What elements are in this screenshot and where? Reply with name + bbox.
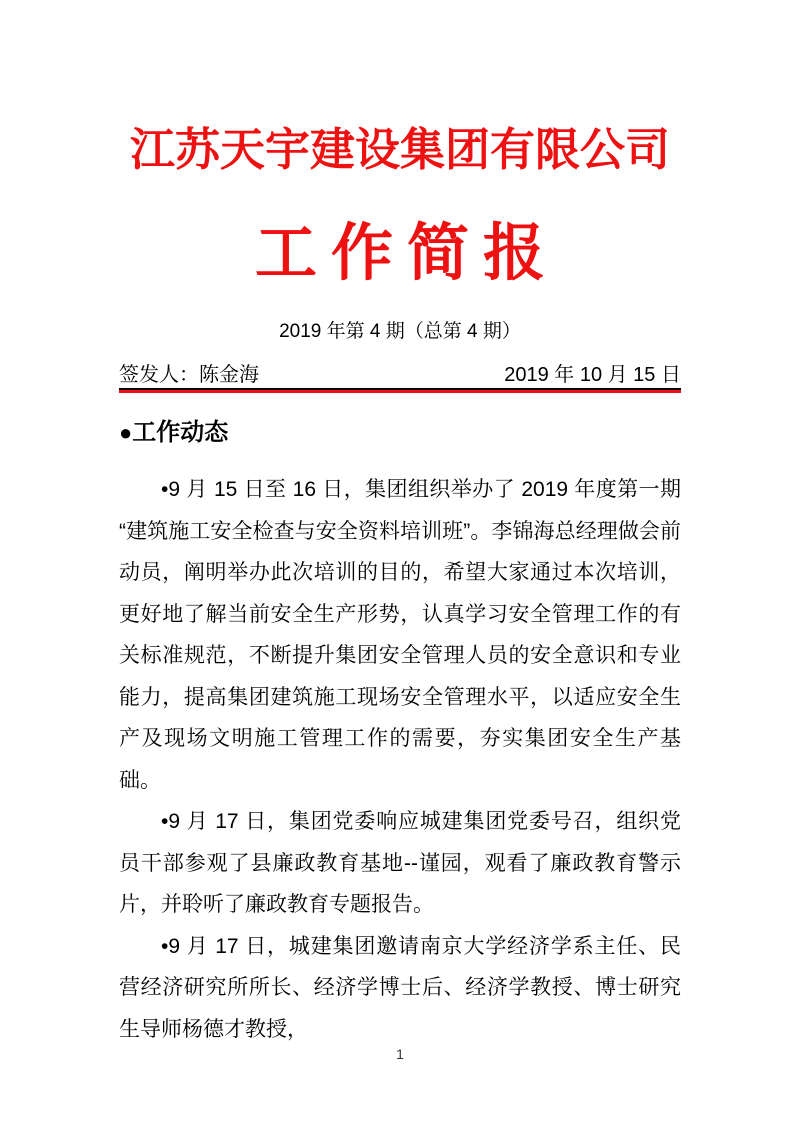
paragraph: •9 月 15 日至 16 日，集团组织举办了 2019 年度第一期“建筑施工安… bbox=[119, 469, 681, 801]
paragraph: •9 月 17 日，城建集团邀请南京大学经济学系主任、民营经济研究所所长、经济学… bbox=[119, 926, 681, 1051]
document-content: 江苏天宇建设集团有限公司 工作简报 2019 年第 4 期（总第 4 期） 签发… bbox=[119, 0, 681, 1050]
bulletin-title: 工作简报 bbox=[119, 214, 681, 294]
issuer-name: 陈金海 bbox=[199, 364, 259, 386]
red-rule bbox=[119, 390, 681, 393]
issue-line: 2019 年第 4 期（总第 4 期） bbox=[119, 319, 681, 345]
page-number: 1 bbox=[0, 1046, 800, 1062]
issue-date: 2019 年 10 月 15 日 bbox=[504, 363, 681, 387]
paragraph: •9 月 17 日，集团党委响应城建集团党委号召，组织党员干部参观了县廉政教育基… bbox=[119, 801, 681, 926]
issuer: 签发人：陈金海 bbox=[119, 363, 259, 387]
section-body: •9 月 15 日至 16 日，集团组织举办了 2019 年度第一期“建筑施工安… bbox=[119, 469, 681, 1050]
masthead: 江苏天宇建设集团有限公司 工作简报 2019 年第 4 期（总第 4 期） bbox=[119, 0, 681, 345]
section-work-updates: ●工作动态 •9 月 15 日至 16 日，集团组织举办了 2019 年度第一期… bbox=[119, 418, 681, 1050]
section-heading: ●工作动态 bbox=[119, 418, 681, 448]
issuer-label: 签发人： bbox=[119, 364, 199, 386]
bullet-circle-icon: ● bbox=[119, 420, 132, 445]
signer-row: 签发人：陈金海 2019 年 10 月 15 日 bbox=[119, 363, 681, 390]
section-title: 工作动态 bbox=[132, 419, 228, 446]
document-page: 江苏天宇建设集团有限公司 工作简报 2019 年第 4 期（总第 4 期） 签发… bbox=[0, 0, 800, 1131]
company-title: 江苏天宇建设集团有限公司 bbox=[119, 0, 681, 185]
